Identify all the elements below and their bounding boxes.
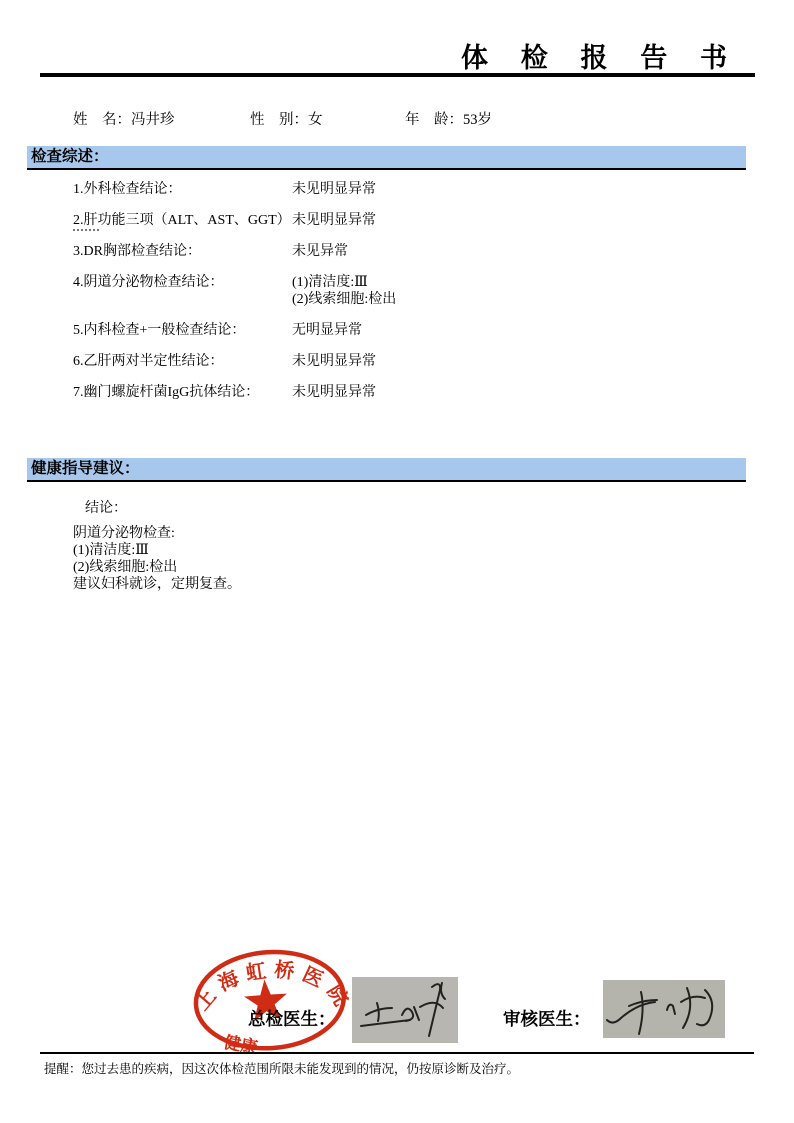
summary-item-label: 5.内科检查+一般检查结论：	[73, 322, 292, 339]
summary-item-3: 3.DR胸部检查结论： 未见异常	[73, 243, 733, 260]
chief-doctor-label: 总检医生：	[248, 1006, 336, 1031]
summary-item-value: 未见明显异常	[292, 212, 376, 229]
patient-age-value: 53岁	[463, 112, 492, 128]
patient-age-field: 年 龄：53岁	[405, 108, 492, 129]
summary-item-label: 6.乙肝两对半定性结论：	[73, 353, 292, 370]
summary-item-5: 5.内科检查+一般检查结论： 无明显异常	[73, 322, 733, 339]
summary-item-label: 4.阴道分泌物检查结论：	[73, 274, 292, 308]
patient-info-row: 姓 名：冯井珍性 别：女年 龄：53岁	[73, 108, 492, 129]
summary-list: 1.外科检查结论： 未见明显异常 2.肝功能三项（ALT、AST、GGT） 未见…	[73, 181, 733, 415]
summary-item-value: 未见明显异常	[292, 353, 376, 370]
report-page: 体 检 报 告 书 姓 名：冯井珍性 别：女年 龄：53岁 检查综述： 1.外科…	[0, 0, 794, 1123]
conclusion-label: 结论：	[85, 497, 127, 517]
section-header-summary: 检查综述：	[27, 146, 746, 170]
summary-item-value: 未见明显异常	[292, 181, 376, 198]
review-doctor-label: 审核医生：	[503, 1006, 591, 1031]
chief-doctor-signature-image	[352, 977, 458, 1043]
summary-item-4: 4.阴道分泌物检查结论： (1)清洁度:Ⅲ (2)线索细胞:检出	[73, 274, 733, 308]
section-header-guidance: 健康指导建议：	[27, 458, 746, 482]
patient-name-label: 姓 名：	[73, 112, 131, 128]
patient-gender-value: 女	[308, 112, 323, 128]
summary-item-6: 6.乙肝两对半定性结论： 未见明显异常	[73, 353, 733, 370]
footer-rule	[40, 1052, 754, 1054]
patient-gender-label: 性 别：	[250, 112, 308, 128]
header-rule	[40, 73, 755, 77]
footer-reminder: 提醒：您过去患的疾病，因这次体检范围所限未能发现到的情况，仍按原诊断及治疗。	[44, 1059, 519, 1077]
patient-gender-field: 性 别：女	[250, 108, 405, 129]
guidance-text: 阴道分泌物检查: (1)清洁度:Ⅲ (2)线索细胞:检出 建议妇科就诊，定期复查…	[73, 525, 241, 593]
summary-item-7: 7.幽门螺旋杆菌IgG抗体结论： 未见明显异常	[73, 384, 733, 401]
review-doctor-signature-image	[603, 980, 725, 1038]
summary-item-label: 7.幽门螺旋杆菌IgG抗体结论：	[73, 384, 292, 401]
summary-item-label: 1.外科检查结论：	[73, 181, 292, 198]
page-title: 体 检 报 告 书	[461, 36, 740, 75]
summary-item-value: 未见明显异常	[292, 384, 376, 401]
patient-name-value: 冯井珍	[131, 112, 175, 128]
summary-item-2: 2.肝功能三项（ALT、AST、GGT） 未见明显异常	[73, 212, 733, 229]
summary-item-value: (1)清洁度:Ⅲ (2)线索细胞:检出	[292, 274, 396, 308]
hospital-stamp: 上海虹桥医院 健康	[184, 940, 359, 1063]
summary-item-label: 2.肝功能三项（ALT、AST、GGT）	[73, 212, 292, 229]
summary-item-value: 未见异常	[292, 243, 348, 260]
summary-item-1: 1.外科检查结论： 未见明显异常	[73, 181, 733, 198]
patient-name-field: 姓 名：冯井珍	[73, 108, 250, 129]
spellcheck-underline	[73, 229, 99, 231]
summary-item-value: 无明显异常	[292, 322, 362, 339]
summary-item-label: 3.DR胸部检查结论：	[73, 243, 292, 260]
patient-age-label: 年 龄：	[405, 112, 463, 128]
